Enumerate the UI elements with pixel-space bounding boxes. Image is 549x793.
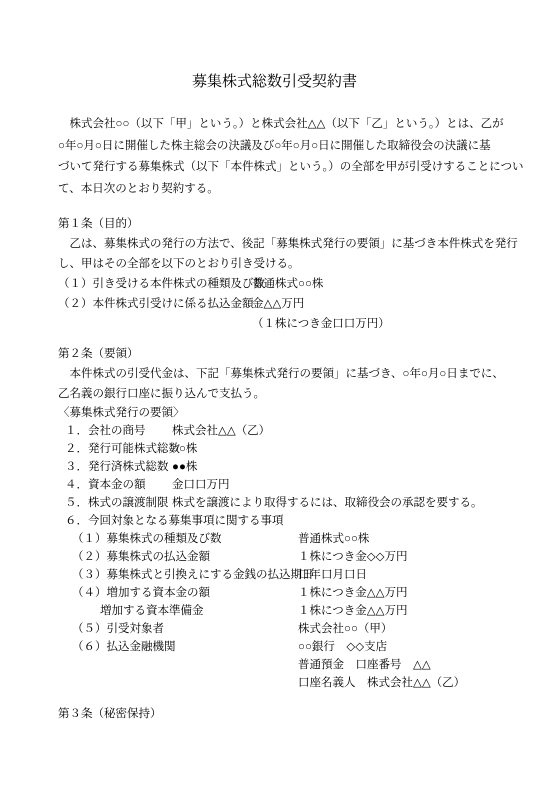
sub-item-label: （２）募集株式の払込金額: [72, 548, 298, 566]
sub-item-value: ○○銀行 ◇◇支店: [298, 638, 387, 656]
outline-item-label: 株式の譲渡制限: [88, 494, 172, 512]
sub-item-label: 増加する資本準備金: [100, 602, 298, 620]
offering-sub-item: （１）募集株式の種類及び数 普通株式○○株: [72, 530, 491, 548]
outline-item-number: ６．: [65, 512, 88, 530]
article-1-body-line: し、甲はその全部を以下のとおり引き受ける。: [58, 254, 491, 274]
outline-item: ３． 発行済株式総数 ●●株: [65, 458, 491, 476]
sub-item-label: （３）募集株式と引換えにする金銭の払込期日: [72, 566, 298, 584]
article-2-body: 本件株式の引受代金は、下記「募集株式発行の要領」に基づき、○年○月○日までに、 …: [58, 364, 491, 404]
sub-item-label: （６）払込金融機関: [72, 638, 298, 656]
outline-item-number: １．: [65, 422, 88, 440]
item-label: （１）引き受ける本件株式の種類及び数: [58, 274, 252, 294]
item-label: （２）本件株式引受けに係る払込金額: [58, 294, 252, 314]
document-body: 株式会社○○（以下「甲」という。）と株式会社△△（以下「乙」という。）とは、乙が…: [0, 114, 549, 724]
intro-paragraph: 株式会社○○（以下「甲」という。）と株式会社△△（以下「乙」という。）とは、乙が…: [58, 114, 491, 200]
sub-item-label: （５）引受対象者: [72, 620, 298, 638]
outline-item-number: ２．: [65, 440, 88, 458]
outline-item: ５． 株式の譲渡制限 株式を譲渡により取得するには、取締役会の承認を要する。: [65, 494, 491, 512]
article-2-body-line: 乙名義の銀行口座に振り込んで支払う。: [58, 384, 491, 404]
article-1-item: （２）本件株式引受けに係る払込金額 金△△万円: [58, 294, 491, 314]
article-1-body: 乙は、募集株式の発行の方法で、後記「募集株式発行の要領」に基づき本件株式を発行 …: [58, 234, 491, 334]
offering-sub-item-continuation: 増加する資本準備金 １株につき金△△万円: [100, 602, 491, 620]
sub-item-value: 株式会社○○（甲）: [298, 620, 392, 638]
intro-line: ○年○月○日に開催した株主総会の決議及び○年○月○日に開催した取締役会の決議に基: [58, 136, 491, 158]
outline-item-value: ●●株: [172, 458, 197, 476]
outline-item-value: ○○株: [172, 440, 197, 458]
outline-item-label: 発行済株式総数: [88, 458, 172, 476]
item-value: 普通株式○○株: [252, 274, 323, 294]
article-1-heading: 第１条（目的）: [58, 214, 491, 234]
per-share-note: （１株につき金口口万円）: [252, 314, 491, 334]
outline-item: ２． 発行可能株式総数 ○○株: [65, 440, 491, 458]
sub-item-value: １株につき金◇◇万円: [298, 548, 407, 566]
sub-item-value: １株につき金△△万円: [298, 584, 407, 602]
article-2-heading: 第２条（要領）: [58, 344, 491, 364]
offering-sub-item: （２）募集株式の払込金額 １株につき金◇◇万円: [72, 548, 491, 566]
sub-item-label: （１）募集株式の種類及び数: [72, 530, 298, 548]
article-2-body-line: 本件株式の引受代金は、下記「募集株式発行の要領」に基づき、○年○月○日までに、: [58, 364, 491, 384]
article-3-heading: 第３条（秘密保持）: [58, 704, 491, 724]
offering-sub-item: （６）払込金融機関 ○○銀行 ◇◇支店: [72, 638, 491, 656]
outline-item-label: 発行可能株式総数: [88, 440, 172, 458]
bank-detail-line: 普通預金 口座番号 △△: [298, 656, 491, 674]
intro-line: づいて発行する募集株式（以下「本件株式」という。）の全部を甲が引受けすることにつ…: [58, 157, 491, 179]
intro-line: 株式会社○○（以下「甲」という。）と株式会社△△（以下「乙」という。）とは、乙が: [58, 114, 491, 136]
offering-sub-item: （５）引受対象者 株式会社○○（甲）: [72, 620, 491, 638]
offering-sub-item: （４）増加する資本金の額 １株につき金△△万円: [72, 584, 491, 602]
outline-item-label: 今回対象となる募集事項に関する事項: [88, 512, 172, 530]
outline-item-value: 金口口万円: [172, 476, 230, 494]
outline-item: １． 会社の商号 株式会社△△（乙）: [65, 422, 491, 440]
outline-item-value: 株式を譲渡により取得するには、取締役会の承認を要する。: [172, 494, 483, 512]
contract-document-page: 募集株式総数引受契約書 株式会社○○（以下「甲」という。）と株式会社△△（以下「…: [0, 0, 549, 793]
bank-detail-line: 口座名義人 株式会社△△（乙）: [298, 674, 491, 692]
outline-item: ６． 今回対象となる募集事項に関する事項: [65, 512, 491, 530]
intro-line: て、本日次のとおり契約する。: [58, 179, 491, 201]
offering-sub-item: （３）募集株式と引換えにする金銭の払込期日 口年口月口日: [72, 566, 491, 584]
sub-item-value: 口年口月口日: [298, 566, 367, 584]
outline-item-number: ３．: [65, 458, 88, 476]
document-title: 募集株式総数引受契約書: [0, 0, 549, 92]
outline-item-label: 会社の商号: [88, 422, 172, 440]
outline-item-number: ５．: [65, 494, 88, 512]
outline-item-number: ４．: [65, 476, 88, 494]
sub-item-value: １株につき金△△万円: [298, 602, 407, 620]
outline-item: ４． 資本金の額 金口口万円: [65, 476, 491, 494]
sub-item-label: （４）増加する資本金の額: [72, 584, 298, 602]
sub-item-value: 普通株式○○株: [298, 530, 369, 548]
outline-item-label: 資本金の額: [88, 476, 172, 494]
article-1-body-line: 乙は、募集株式の発行の方法で、後記「募集株式発行の要領」に基づき本件株式を発行: [58, 234, 491, 254]
item-value: 金△△万円: [252, 294, 304, 314]
outline-title: 〈募集株式発行の要領〉: [58, 404, 491, 422]
article-1-item: （１）引き受ける本件株式の種類及び数 普通株式○○株: [58, 274, 491, 294]
outline-item-value: 株式会社△△（乙）: [172, 422, 270, 440]
offering-outline: 〈募集株式発行の要領〉 １． 会社の商号 株式会社△△（乙） ２． 発行可能株式…: [58, 404, 491, 692]
